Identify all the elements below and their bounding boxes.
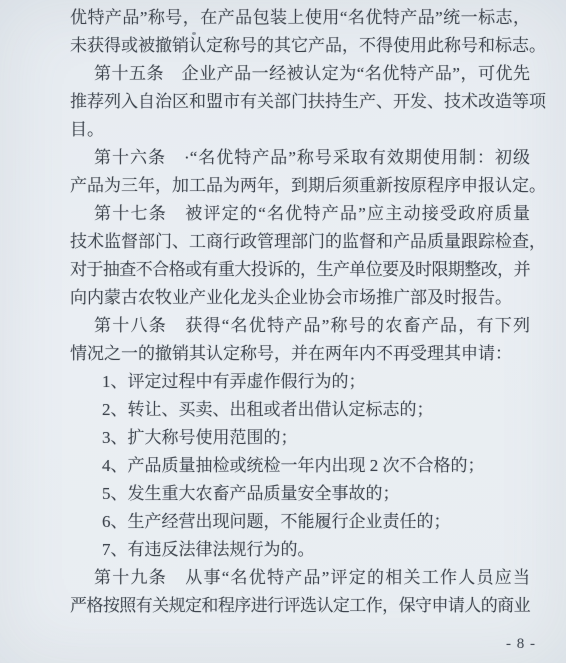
document-page: 优特产品”称号，在产品包装上使用“名优特产品”统一标志， 未获得或被撤销认定称号… [0,0,566,663]
text-line: 严格按照有关规定和程序进行评选认定工作，保守申请人的商业 [70,592,530,620]
text-line-article-17: 第十七条 被评定的“名优特产品”应主动接受政府质量 [70,200,530,228]
list-item-2: 2、转让、买卖、出租或者出借认定标志的； [70,396,530,424]
scan-speck [192,32,196,35]
page-number: - 8 - [506,636,536,653]
text-line-article-19: 第十九条 从事“名优特产品”评定的相关工作人员应当 [70,564,530,592]
list-item-3: 3、扩大称号使用范围的； [70,424,530,452]
document-text-block: 优特产品”称号，在产品包装上使用“名优特产品”统一标志， 未获得或被撤销认定称号… [70,4,530,620]
list-item-5: 5、发生重大农畜产品质量安全事故的； [70,480,530,508]
scan-speck [266,543,269,546]
text-line: 向内蒙古农牧业产业化龙头企业协会市场推广部及时报告。 [70,284,530,312]
text-line-article-18: 第十八条 获得“名优特产品”称号的农畜产品，有下列 [70,312,530,340]
list-item-1: 1、评定过程中有弄虚作假行为的； [70,368,530,396]
list-item-7: 7、有违反法律法规行为的。 [70,536,530,564]
list-item-4: 4、产品质量抽检或统检一年内出现 2 次不合格的； [70,452,530,480]
text-line-article-15: 第十五条 企业产品一经被认定为“名优特产品”，可优先 [70,60,530,88]
text-line: 优特产品”称号，在产品包装上使用“名优特产品”统一标志， [70,4,530,32]
text-line: 推荐列入自治区和盟市有关部门扶持生产、开发、技术改造等项 [70,88,530,116]
text-line: 对于抽查不合格或有重大投诉的，生产单位要及时限期整改，并 [70,256,530,284]
list-item-6: 6、生产经营出现问题，不能履行企业责任的； [70,508,530,536]
text-line: 未获得或被撤销认定称号的其它产品，不得使用此称号和标志。 [70,32,530,60]
text-line: 技术监督部门、工商行政管理部门的监督和产品质量跟踪检查， [70,228,530,256]
text-line-article-16: 第十六条 ·“名优特产品”称号采取有效期使用制：初级 [70,144,530,172]
text-line: 目。 [70,116,530,144]
text-line: 情况之一的撤销其认定称号，并在两年内不再受理其申请： [70,340,530,368]
text-line: 产品为三年，加工品为两年，到期后须重新按原程序申报认定。 [70,172,530,200]
